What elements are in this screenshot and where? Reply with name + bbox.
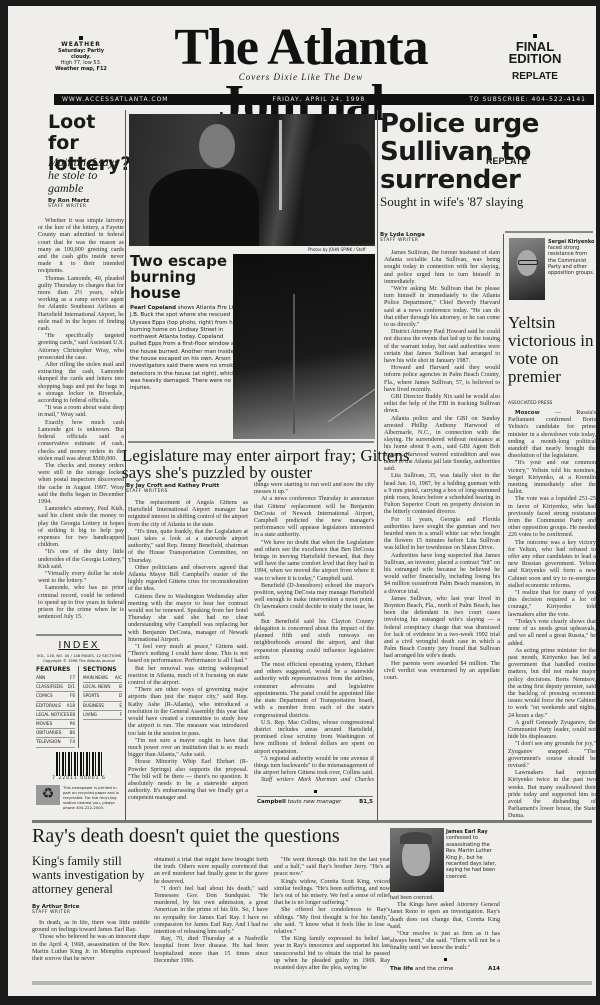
paragraph: Lamonde, who has no prior criminal recor… [38, 585, 124, 621]
photo-figure [304, 144, 374, 244]
ref-label: The life [390, 966, 413, 972]
edition-box: FINAL EDITION REPLATE [508, 34, 562, 83]
bottom-rule [32, 981, 592, 985]
index-row[interactable]: MAIN NEWSA/C [83, 674, 122, 683]
caption-lead: Pearl Copeland [130, 305, 176, 311]
paragraph: Ray, 70, died Thursday at a Nashville ho… [154, 936, 268, 965]
paragraph: House Minority Whip Earl Ehrhart (R-Powd… [128, 759, 248, 802]
photo-beam [328, 387, 375, 422]
paragraph: had been coerced. [390, 895, 500, 902]
index-row[interactable]: BUSINESSE [83, 702, 122, 711]
paragraph: But Benefield said his Clayton County de… [254, 619, 374, 662]
index-sections: SECTIONS MAIN NEWSA/C LOCAL NEWSB SPORTS… [83, 666, 122, 748]
paragraph: "I don't see any grounds for joy," Zyuga… [508, 741, 596, 770]
paragraph: The King family expressed its belief las… [274, 936, 390, 972]
paragraph: The vote was a lopsided 251-25 in favor … [508, 496, 596, 539]
sullivan-body: James Sullivan, the former husband of sl… [384, 250, 500, 816]
byline-role: STAFF WRITER [32, 910, 142, 915]
paragraph: District Attorney Paul Howard said he co… [384, 329, 500, 365]
paragraph: "I don't feel bad about his death," said… [154, 886, 268, 936]
paragraph: Authorities have long suspected that Jam… [384, 553, 500, 596]
kiriyenko-photo [509, 238, 545, 300]
sullivan-byline: By Lyda Longa STAFF WRITER [380, 232, 490, 243]
yeltsin-headline: Yeltsin victorious in vote on premier [508, 314, 596, 386]
caption-text: confessed to assassinating the Rev. Mart… [446, 835, 496, 879]
weather-box: WEATHER Saturday: Partly cloudy. High 77… [52, 36, 110, 72]
caption-text: faced strong resistance from the Communi… [548, 245, 594, 276]
loot-body: Whether it was simple larceny or the lur… [38, 218, 124, 678]
paragraph: Howard and Harvard said they would infor… [384, 365, 500, 394]
burned-house-photo [233, 254, 375, 439]
issue-date: FRIDAY, APRIL 24, 1998 [273, 96, 366, 103]
paragraph: Benefield (D-Jonesboro) echoed the mayor… [254, 583, 374, 619]
index-row[interactable]: LIVINGF [83, 711, 122, 720]
paragraph: "We're asking Mr. Sullivan that he pleas… [384, 286, 500, 329]
ref-text: and the crime [413, 966, 453, 972]
paragraph: "Our resolve is just as firm as it has a… [390, 931, 500, 953]
paragraph: "I'm not sure a mayor ought to have that… [128, 738, 248, 760]
paragraph: "There are other ways of governing major… [128, 687, 248, 737]
paragraph: James Sullivan, who last year lived in B… [384, 596, 500, 661]
paragraph: Other politicians and observers agreed t… [128, 565, 248, 594]
legislature-body-right: things were starting to run well and now… [254, 482, 374, 782]
byline-role: STAFF WRITERS [126, 489, 256, 494]
index-row[interactable]: OBITUARIESB6 [36, 729, 75, 738]
ray-body-col1: In death, as in life, there was little m… [32, 920, 150, 980]
sullivan-headline: Police urge Sullivan to surrender [380, 110, 595, 194]
paragraph: The checks and money orders were still i… [38, 463, 124, 506]
section-divider [505, 231, 593, 233]
legislature-byline: By Jay Croft and Kathey Pruitt STAFF WRI… [126, 483, 256, 494]
paragraph: As acting prime minister for the past mo… [508, 648, 596, 720]
paragraph: "I realize that for many of you this dec… [508, 590, 596, 619]
paragraph: "It's one of the dirty little undersides… [38, 549, 124, 571]
paragraph: "It's your and our common victory," Yelt… [508, 460, 596, 496]
paragraph: King's widow, Coretta Scott King, voiced… [274, 879, 390, 908]
newspaper-front-page: WEATHER Saturday: Partly cloudy. High 77… [8, 6, 596, 996]
index-row[interactable]: MOVIESP6 [36, 720, 75, 729]
paragraph: Thomas Lamonde, 40, pleaded guilty Thurs… [38, 276, 124, 334]
paragraph: "I feel very much at peace," Gittens sai… [128, 644, 248, 666]
features-label: FEATURES [36, 666, 75, 674]
loot-subhead: Mail thief says he stole to gamble [48, 156, 126, 195]
ray-body-col2: obtained a trial that might have brought… [154, 857, 268, 979]
paragraph: The most efficient operating system, Ehr… [254, 662, 374, 720]
paragraph: things were starting to run well and now… [254, 482, 374, 496]
paragraph: "It was a room about waist deep in mail,… [38, 405, 124, 419]
paragraph: In death, as in life, there was little m… [32, 920, 150, 934]
website-link[interactable]: WWW.ACCESSATLANTA.COM [62, 96, 169, 103]
paragraph: Whether it was simple larceny or the lur… [38, 218, 124, 276]
paragraph: "It's time, quite frankly, that the Legi… [128, 529, 248, 565]
contributor-note: Staff writers Mark Sherman and Charles W… [254, 777, 374, 782]
index-row[interactable]: SPORTSD [83, 692, 122, 701]
masthead-navbar: WWW.ACCESSATLANTA.COM FRIDAY, APRIL 24, … [54, 94, 594, 105]
ref-page: A14 [488, 966, 500, 972]
index-row[interactable]: LOCAL NEWSB [83, 683, 122, 692]
ray-photo-caption: James Earl Ray confessed to assassinatin… [446, 829, 500, 880]
index-box: INDEX VOL. 116, NO. 40 / 148 PAGES, 12 S… [36, 640, 122, 810]
paragraph: The replacement of Angela Gittens as Har… [128, 500, 248, 529]
column-divider [503, 234, 504, 820]
paragraph: Lawmakers had rejected Kiriyenko twice i… [508, 770, 596, 818]
bullet-icon [533, 34, 537, 38]
caption-text: shows Atlanta Fire Lt. J.B. Buck the spo… [130, 305, 237, 391]
section-divider [36, 634, 122, 636]
section-divider [32, 820, 592, 823]
photo-window-frame [279, 120, 282, 210]
kiriyenko-caption: Sergei Kiriyenko faced strong resistance… [548, 239, 596, 276]
byline-role: STAFF WRITER [380, 238, 490, 243]
paragraph: "He specifically targeted greeting cards… [38, 333, 124, 362]
caption-lead: James Earl Ray [446, 829, 488, 835]
paragraph: — Russia's Parliament confirmed Boris Ye… [508, 410, 596, 459]
paragraph: The Kings have asked Attorney General Ja… [390, 902, 500, 931]
index-row[interactable]: ANNF7 [36, 674, 75, 683]
paragraph: Lamonde's attorney, Paul Kish, said his … [38, 506, 124, 549]
edition-replate: REPLATE [508, 71, 562, 83]
paragraph: "We have no doubt that when the Legislat… [254, 540, 374, 583]
index-title: INDEX [36, 640, 122, 651]
paragraph: For 11 years, Georgia and Florida author… [384, 517, 500, 553]
section-divider [128, 441, 374, 443]
bullet-icon [79, 36, 83, 40]
paragraph: Exactly how much cash Lamonde got is unk… [38, 420, 124, 463]
dateline: Moscow [515, 410, 540, 416]
paragraph: Those who believed he was an innocent du… [32, 934, 150, 963]
weather-map: Weather map, F12 [52, 66, 110, 72]
recycle-note: This newspaper is printed in part on rec… [63, 785, 122, 810]
index-copyright: Copyright © 1998 The Atlanta Journal [36, 658, 122, 663]
weather-forecast: Saturday: Partly cloudy. [52, 48, 110, 60]
index-row[interactable]: LEGAL NOTICESE8 [36, 711, 75, 720]
barcode-number: 7 22011 00001 6 [36, 776, 122, 781]
ref-text: touts new manager [286, 799, 341, 805]
recycle-icon: ♻ [36, 785, 60, 805]
paragraph: "A regional authority would be one avenu… [254, 756, 374, 778]
ray-body-col4: had been coerced. The Kings have asked A… [390, 895, 500, 957]
index-features: FEATURES ANNF7 CLASSIFIEDSD/1 COMICSF6 E… [36, 666, 79, 748]
photo-face [199, 124, 235, 168]
photo-glasses [518, 260, 538, 265]
ray-subhead: King's family still wants investigation … [32, 854, 152, 896]
paragraph: "Virtually every dollar he stole went to… [38, 571, 124, 585]
subscribe-phone: TO SUBSCRIBE: 404-522-4141 [469, 96, 586, 103]
paragraph: A gruff Gennady Zyuganov, the Communist … [508, 720, 596, 742]
byline-role: STAFF WRITER [48, 204, 126, 209]
loot-byline: By Ron Martz STAFF WRITER [48, 198, 126, 209]
ray-body-col3: "He went through this hell for the last … [274, 857, 390, 979]
masthead-motto: Covers Dixie Like The Dew [116, 72, 486, 82]
ref-label: Campbell [257, 799, 286, 805]
paragraph: GBI Director Buddy Nix said he would als… [384, 394, 500, 416]
sullivan-replate: REPLATE [486, 156, 527, 166]
index-row[interactable]: TELEVISIONF4 [36, 738, 75, 747]
paragraph: The outcome was a key victory for Yeltsi… [508, 540, 596, 590]
legislature-headline: Legislature may enter airport fray; Gitt… [122, 447, 412, 481]
index-row[interactable]: COMICSF6 [36, 692, 75, 701]
james-earl-ray-photo [390, 828, 444, 892]
paragraph: U.S. Rep. Mac Collins, whose congression… [254, 720, 374, 756]
bullet-icon [314, 790, 317, 793]
top-photo-firefighter [129, 114, 375, 246]
photo-post [293, 294, 295, 434]
paragraph: "He went through this hell for the last … [274, 857, 390, 879]
ray-byline: By Arthur Brice STAFF WRITER [32, 904, 142, 915]
paragraph: Gittens flew to Washington Wednesday aft… [128, 594, 248, 644]
paragraph: She offered her condolences to Ray's sib… [274, 907, 390, 936]
fire-headline: Two escape burning house [130, 253, 240, 301]
paragraph: But her removal was stirring widespread … [128, 666, 248, 688]
paragraph: obtained a trial that might have brought… [154, 857, 268, 886]
paragraph: After rifling the stolen mail and extrac… [38, 362, 124, 405]
sections-label: SECTIONS [83, 666, 122, 674]
barcode [56, 752, 102, 776]
index-row[interactable]: EDITORIALSA18 [36, 702, 75, 711]
index-row[interactable]: CLASSIFIEDSD/1 [36, 683, 75, 692]
paragraph: Her parents were awarded $4 million. The… [384, 661, 500, 683]
photo-figure [149, 169, 259, 246]
paragraph: "Today's vote clearly shows that none of… [508, 619, 596, 648]
paragraph: At a news conference Thursday to announc… [254, 496, 374, 539]
yeltsin-byline: ASSOCIATED PRESS [508, 401, 552, 406]
ref-page: B1,5 [359, 799, 373, 805]
photo-hair [400, 832, 432, 844]
yeltsin-body: Moscow — Russia's Parliament confirmed B… [508, 410, 596, 818]
ray-refline[interactable]: The life and the crime A14 [390, 958, 500, 972]
legislature-body-left: The replacement of Angela Gittens as Har… [128, 500, 248, 802]
photo-credit: Photos by JOHN SPINK / Staff [308, 247, 366, 252]
bullet-icon [444, 958, 447, 961]
paragraph: James Sullivan, the former husband of sl… [384, 250, 500, 286]
legislature-refline[interactable]: Campbell touts new manager B1,5 [257, 790, 373, 805]
sullivan-subhead: Sought in wife's '87 slaying [380, 194, 596, 210]
edition-line2: EDITION [508, 53, 562, 65]
caption-lead: Sergei Kiriyenko [548, 239, 595, 245]
fire-caption: Pearl Copeland shows Atlanta Fire Lt. J.… [130, 305, 240, 393]
